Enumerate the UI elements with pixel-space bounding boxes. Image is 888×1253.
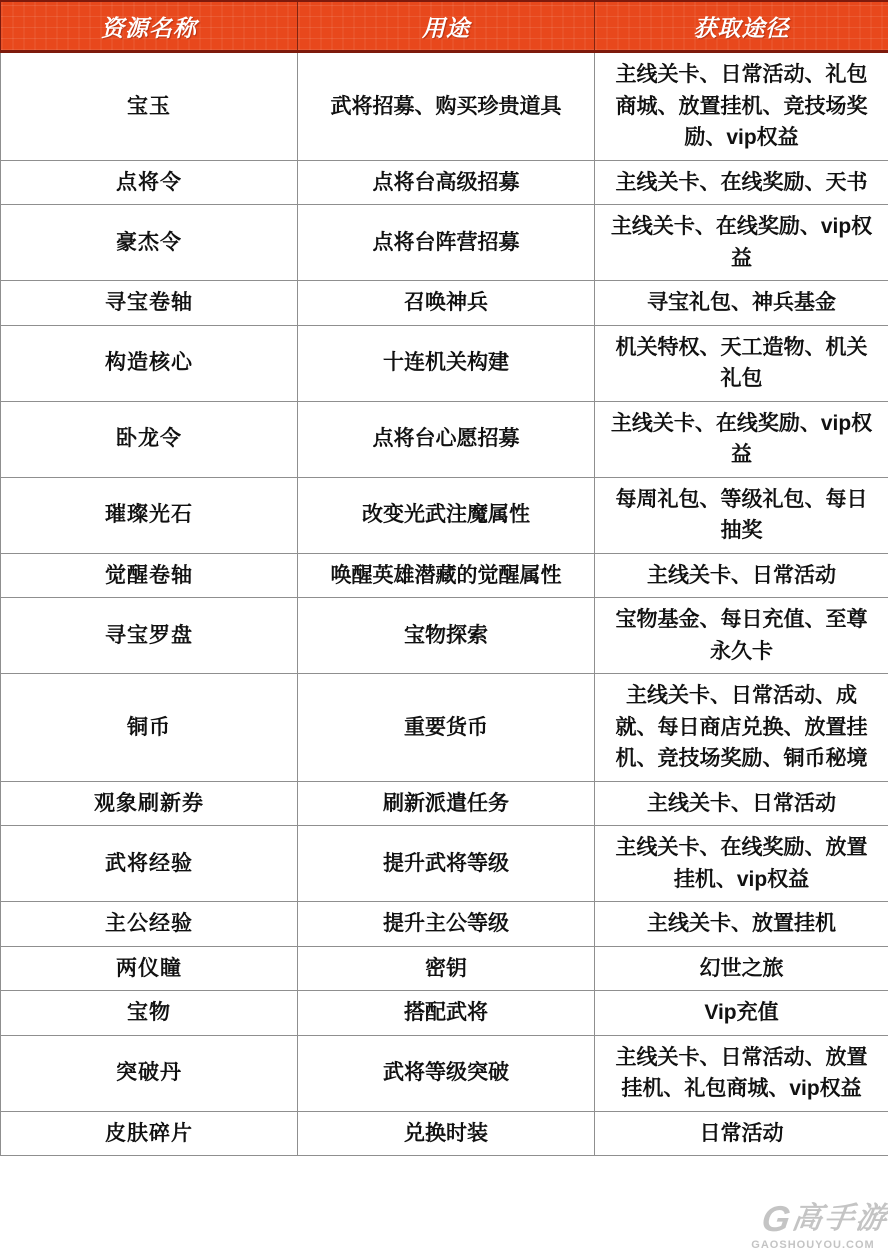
usage-cell: 召唤神兵 xyxy=(298,281,595,326)
table-row: 寻宝罗盘 宝物探索 宝物基金、每日充值、至尊永久卡 xyxy=(1,598,888,674)
source-cell: 主线关卡、在线奖励、vip权益 xyxy=(595,401,888,477)
usage-cell: 提升主公等级 xyxy=(298,902,595,947)
resource-name-cell: 武将经验 xyxy=(1,826,298,902)
column-header-resource-name: 资源名称 xyxy=(1,1,298,52)
usage-cell: 宝物探索 xyxy=(298,598,595,674)
resource-name-cell: 宝物 xyxy=(1,991,298,1036)
resource-name-cell: 卧龙令 xyxy=(1,401,298,477)
source-cell: 主线关卡、日常活动、礼包商城、放置挂机、竞技场奖励、vip权益 xyxy=(595,52,888,161)
usage-cell: 改变光武注魔属性 xyxy=(298,477,595,553)
usage-cell: 搭配武将 xyxy=(298,991,595,1036)
table-row: 豪杰令 点将台阵营招募 主线关卡、在线奖励、vip权益 xyxy=(1,205,888,281)
table-row: 皮肤碎片 兑换时装 日常活动 xyxy=(1,1111,888,1156)
usage-cell: 刷新派遣任务 xyxy=(298,781,595,826)
source-cell: 主线关卡、日常活动 xyxy=(595,553,888,598)
source-cell: 主线关卡、日常活动、成就、每日商店兑换、放置挂机、竞技场奖励、铜币秘境 xyxy=(595,674,888,782)
resource-name-cell: 皮肤碎片 xyxy=(1,1111,298,1156)
table-body: 宝玉 武将招募、购买珍贵道具 主线关卡、日常活动、礼包商城、放置挂机、竞技场奖励… xyxy=(1,52,888,1156)
table-row: 突破丹 武将等级突破 主线关卡、日常活动、放置挂机、礼包商城、vip权益 xyxy=(1,1035,888,1111)
usage-cell: 兑换时装 xyxy=(298,1111,595,1156)
column-header-source: 获取途径 xyxy=(595,1,888,52)
source-cell: 寻宝礼包、神兵基金 xyxy=(595,281,888,326)
watermark-site-text: GAOSHOUYOU.COM xyxy=(738,1240,888,1251)
usage-cell: 武将招募、购买珍贵道具 xyxy=(298,52,595,161)
source-cell: 幻世之旅 xyxy=(595,946,888,991)
source-cell: 主线关卡、日常活动 xyxy=(595,781,888,826)
resource-name-cell: 构造核心 xyxy=(1,325,298,401)
resource-table: 资源名称 用途 获取途径 宝玉 武将招募、购买珍贵道具 主线关卡、日常活动、礼包… xyxy=(0,0,888,1156)
source-cell: 主线关卡、放置挂机 xyxy=(595,902,888,947)
watermark-logo-text: 高手游 xyxy=(790,1204,888,1234)
resource-name-cell: 寻宝罗盘 xyxy=(1,598,298,674)
table-row: 铜币 重要货币 主线关卡、日常活动、成就、每日商店兑换、放置挂机、竞技场奖励、铜… xyxy=(1,674,888,782)
resource-name-cell: 观象刷新券 xyxy=(1,781,298,826)
source-cell: 每周礼包、等级礼包、每日抽奖 xyxy=(595,477,888,553)
usage-cell: 密钥 xyxy=(298,946,595,991)
usage-cell: 十连机关构建 xyxy=(298,325,595,401)
usage-cell: 点将台阵营招募 xyxy=(298,205,595,281)
table-row: 点将令 点将台高级招募 主线关卡、在线奖励、天书 xyxy=(1,160,888,205)
source-cell: 主线关卡、在线奖励、天书 xyxy=(595,160,888,205)
table-row: 两仪瞳 密钥 幻世之旅 xyxy=(1,946,888,991)
usage-cell: 武将等级突破 xyxy=(298,1035,595,1111)
source-cell: 主线关卡、在线奖励、vip权益 xyxy=(595,205,888,281)
usage-cell: 重要货币 xyxy=(298,674,595,782)
column-header-usage: 用途 xyxy=(298,1,595,52)
resource-name-cell: 突破丹 xyxy=(1,1035,298,1111)
table-row: 宝物 搭配武将 Vip充值 xyxy=(1,991,888,1036)
table-row: 觉醒卷轴 唤醒英雄潜藏的觉醒属性 主线关卡、日常活动 xyxy=(1,553,888,598)
source-cell: 主线关卡、日常活动、放置挂机、礼包商城、vip权益 xyxy=(595,1035,888,1111)
source-cell: 宝物基金、每日充值、至尊永久卡 xyxy=(595,598,888,674)
resource-name-cell: 宝玉 xyxy=(1,52,298,161)
resource-name-cell: 豪杰令 xyxy=(1,205,298,281)
resource-name-cell: 觉醒卷轴 xyxy=(1,553,298,598)
usage-cell: 点将台高级招募 xyxy=(298,160,595,205)
table-row: 宝玉 武将招募、购买珍贵道具 主线关卡、日常活动、礼包商城、放置挂机、竞技场奖励… xyxy=(1,52,888,161)
resource-guide-page: 资源名称 用途 获取途径 宝玉 武将招募、购买珍贵道具 主线关卡、日常活动、礼包… xyxy=(0,0,888,1253)
resource-name-cell: 铜币 xyxy=(1,674,298,782)
watermark-g-icon: G xyxy=(759,1201,792,1237)
source-cell: Vip充值 xyxy=(595,991,888,1036)
table-row: 武将经验 提升武将等级 主线关卡、在线奖励、放置挂机、vip权益 xyxy=(1,826,888,902)
source-cell: 机关特权、天工造物、机关礼包 xyxy=(595,325,888,401)
resource-name-cell: 主公经验 xyxy=(1,902,298,947)
table-row: 卧龙令 点将台心愿招募 主线关卡、在线奖励、vip权益 xyxy=(1,401,888,477)
table-header-row: 资源名称 用途 获取途径 xyxy=(1,1,888,52)
table-row: 璀璨光石 改变光武注魔属性 每周礼包、等级礼包、每日抽奖 xyxy=(1,477,888,553)
resource-name-cell: 璀璨光石 xyxy=(1,477,298,553)
resource-name-cell: 寻宝卷轴 xyxy=(1,281,298,326)
usage-cell: 提升武将等级 xyxy=(298,826,595,902)
table-row: 寻宝卷轴 召唤神兵 寻宝礼包、神兵基金 xyxy=(1,281,888,326)
table-row: 主公经验 提升主公等级 主线关卡、放置挂机 xyxy=(1,902,888,947)
table-row: 观象刷新券 刷新派遣任务 主线关卡、日常活动 xyxy=(1,781,888,826)
usage-cell: 唤醒英雄潜藏的觉醒属性 xyxy=(298,553,595,598)
usage-cell: 点将台心愿招募 xyxy=(298,401,595,477)
resource-name-cell: 点将令 xyxy=(1,160,298,205)
resource-name-cell: 两仪瞳 xyxy=(1,946,298,991)
source-cell: 日常活动 xyxy=(595,1111,888,1156)
watermark: G 高手游 GAOSHOUYOU.COM xyxy=(738,1201,888,1251)
source-cell: 主线关卡、在线奖励、放置挂机、vip权益 xyxy=(595,826,888,902)
table-row: 构造核心 十连机关构建 机关特权、天工造物、机关礼包 xyxy=(1,325,888,401)
